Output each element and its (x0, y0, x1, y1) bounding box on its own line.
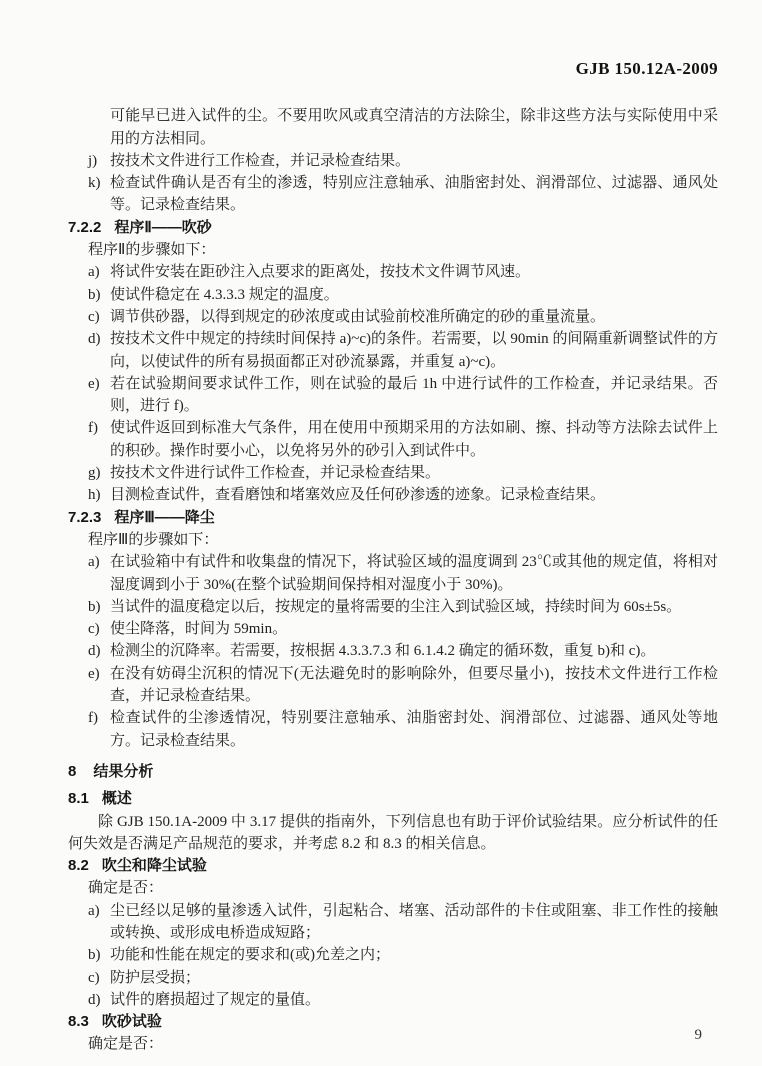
section-heading-8-1: 8.1概述 (68, 788, 718, 810)
list-item-d: d) 按技术文件中规定的持续时间保持 a)~c)的条件。若需要，以 90min … (68, 328, 718, 373)
list-item-j: j) 按技术文件进行工作检查，并记录检查结果。 (68, 150, 718, 172)
list-marker: j) (88, 150, 110, 172)
list-marker: e) (88, 663, 110, 708)
list-item-b: b) 当试件的温度稳定以后，按规定的量将需要的尘注入到试验区域，持续时间为 60… (68, 596, 718, 618)
list-text: 若在试验期间要求试件工作，则在试验的最后 1h 中进行试件的工作检查，并记录结果… (110, 373, 718, 418)
list-text: 检查试件的尘渗透情况，特别要注意轴承、油脂密封处、润滑部位、过滤器、通风处等地方… (110, 707, 718, 752)
list-item-d: d) 检测尘的沉降率。若需要，按根据 4.3.3.7.3 和 6.1.4.2 确… (68, 640, 718, 662)
list-text: 使试件返回到标准大气条件，用在使用中预期采用的方法如刷、擦、抖动等方法除去试件上… (110, 417, 718, 462)
section-number: 8.2 (68, 857, 89, 874)
list-marker: c) (88, 967, 110, 989)
section-number: 7.2.3 (68, 509, 101, 526)
list-text: 调节供砂器，以得到规定的砂浓度或由试验前校准所确定的砂的重量流量。 (110, 306, 718, 328)
section-title: 吹尘和降尘试验 (102, 857, 207, 874)
document-page: GJB 150.12A-2009 可能早已进入试件的尘。不要用吹风或真空清洁的方… (0, 0, 762, 1066)
section-title: 结果分析 (93, 763, 153, 780)
section-title: 概述 (102, 790, 132, 807)
list-marker: f) (88, 707, 110, 752)
list-text: 将试件安装在距砂注入点要求的距离处，按技术文件调节风速。 (110, 261, 718, 283)
section-number: 8 (68, 763, 76, 780)
list-text: 使试件稳定在 4.3.3.3 规定的温度。 (110, 284, 718, 306)
list-item-c: c) 使尘降落，时间为 59min。 (68, 618, 718, 640)
list-item-c: c) 防护层受损； (68, 967, 718, 989)
list-item-d: d) 试件的磨损超过了规定的量值。 (68, 989, 718, 1011)
section-heading-7-2-3: 7.2.3程序Ⅲ——降尘 (68, 507, 718, 529)
list-marker: c) (88, 306, 110, 328)
list-marker: d) (88, 989, 110, 1011)
list-marker: h) (88, 484, 110, 506)
section-number: 7.2.2 (68, 219, 101, 236)
list-text: 检测尘的沉降率。若需要，按根据 4.3.3.7.3 和 6.1.4.2 确定的循… (110, 640, 718, 662)
list-text: 目测检查试件，查看磨蚀和堵塞效应及任何砂渗透的迹象。记录检查结果。 (110, 484, 718, 506)
list-marker: e) (88, 373, 110, 418)
list-marker: g) (88, 462, 110, 484)
list-item-g: g) 按技术文件进行试件工作检查，并记录检查结果。 (68, 462, 718, 484)
section-heading-8-3: 8.3吹砂试验 (68, 1011, 718, 1033)
list-text: 按技术文件进行工作检查，并记录检查结果。 (110, 150, 718, 172)
list-item-a: a) 尘已经以足够的量渗透入试件，引起粘合、堵塞、活动部件的卡住或阻塞、非工作性… (68, 900, 718, 945)
list-item-a: a) 将试件安装在距砂注入点要求的距离处，按技术文件调节风速。 (68, 261, 718, 283)
list-text: 试件的磨损超过了规定的量值。 (110, 989, 718, 1011)
section-title: 程序Ⅱ——吹砂 (114, 219, 211, 236)
list-item-c: c) 调节供砂器，以得到规定的砂浓度或由试验前校准所确定的砂的重量流量。 (68, 306, 718, 328)
section-heading-7-2-2: 7.2.2程序Ⅱ——吹砂 (68, 217, 718, 239)
procedure-intro: 程序Ⅲ的步骤如下： (68, 529, 718, 551)
section-title: 吹砂试验 (102, 1013, 162, 1030)
list-marker: b) (88, 944, 110, 966)
section-number: 8.1 (68, 790, 89, 807)
list-text: 在试验箱中有试件和收集盘的情况下，将试验区域的温度调到 23℃或其他的规定值，将… (110, 551, 718, 596)
section-number: 8.3 (68, 1013, 89, 1030)
list-marker: k) (88, 172, 110, 217)
paragraph-continuation: 可能早已进入试件的尘。不要用吹风或真空清洁的方法除尘，除非这些方法与实际使用中采… (68, 105, 718, 150)
list-item-f: f) 使试件返回到标准大气条件，用在使用中预期采用的方法如刷、擦、抖动等方法除去… (68, 417, 718, 462)
list-marker: a) (88, 551, 110, 596)
standard-number-header: GJB 150.12A-2009 (68, 58, 718, 80)
chapter-heading-8: 8结果分析 (68, 761, 718, 783)
list-text: 在没有妨碍尘沉积的情况下(无法避免时的影响除外，但要尽量小)，按技术文件进行工作… (110, 663, 718, 708)
list-text: 按技术文件中规定的持续时间保持 a)~c)的条件。若需要，以 90min 的间隔… (110, 328, 718, 373)
list-item-h: h) 目测检查试件，查看磨蚀和堵塞效应及任何砂渗透的迹象。记录检查结果。 (68, 484, 718, 506)
list-marker: b) (88, 284, 110, 306)
list-item-f: f) 检查试件的尘渗透情况，特别要注意轴承、油脂密封处、润滑部位、过滤器、通风处… (68, 707, 718, 752)
list-text: 检查试件确认是否有尘的渗透，特别应注意轴承、油脂密封处、润滑部位、过滤器、通风处… (110, 172, 718, 217)
list-item-b: b) 使试件稳定在 4.3.3.3 规定的温度。 (68, 284, 718, 306)
list-item-e: e) 在没有妨碍尘沉积的情况下(无法避免时的影响除外，但要尽量小)，按技术文件进… (68, 663, 718, 708)
list-item-e: e) 若在试验期间要求试件工作，则在试验的最后 1h 中进行试件的工作检查，并记… (68, 373, 718, 418)
section-title: 程序Ⅲ——降尘 (114, 509, 214, 526)
list-marker: a) (88, 261, 110, 283)
list-marker: a) (88, 900, 110, 945)
list-marker: d) (88, 328, 110, 373)
determine-intro: 确定是否： (68, 1033, 718, 1055)
page-number: 9 (695, 1024, 703, 1046)
section-heading-8-2: 8.2吹尘和降尘试验 (68, 855, 718, 877)
procedure-intro: 程序Ⅱ的步骤如下： (68, 239, 718, 261)
list-text: 使尘降落，时间为 59min。 (110, 618, 718, 640)
list-text: 尘已经以足够的量渗透入试件，引起粘合、堵塞、活动部件的卡住或阻塞、非工作性的接触… (110, 900, 718, 945)
list-text: 当试件的温度稳定以后，按规定的量将需要的尘注入到试验区域，持续时间为 60s±5… (110, 596, 718, 618)
list-marker: c) (88, 618, 110, 640)
list-marker: d) (88, 640, 110, 662)
document-body: 可能早已进入试件的尘。不要用吹风或真空清洁的方法除尘，除非这些方法与实际使用中采… (68, 105, 718, 1055)
list-text: 防护层受损； (110, 967, 718, 989)
list-marker: b) (88, 596, 110, 618)
list-marker: f) (88, 417, 110, 462)
list-item-k: k) 检查试件确认是否有尘的渗透，特别应注意轴承、油脂密封处、润滑部位、过滤器、… (68, 172, 718, 217)
list-item-b: b) 功能和性能在规定的要求和(或)允差之内； (68, 944, 718, 966)
list-item-a: a) 在试验箱中有试件和收集盘的情况下，将试验区域的温度调到 23℃或其他的规定… (68, 551, 718, 596)
paragraph-overview: 除 GJB 150.1A-2009 中 3.17 提供的指南外，下列信息也有助于… (68, 811, 718, 856)
determine-intro: 确定是否： (68, 877, 718, 899)
list-text: 按技术文件进行试件工作检查，并记录检查结果。 (110, 462, 718, 484)
list-text: 功能和性能在规定的要求和(或)允差之内； (110, 944, 718, 966)
